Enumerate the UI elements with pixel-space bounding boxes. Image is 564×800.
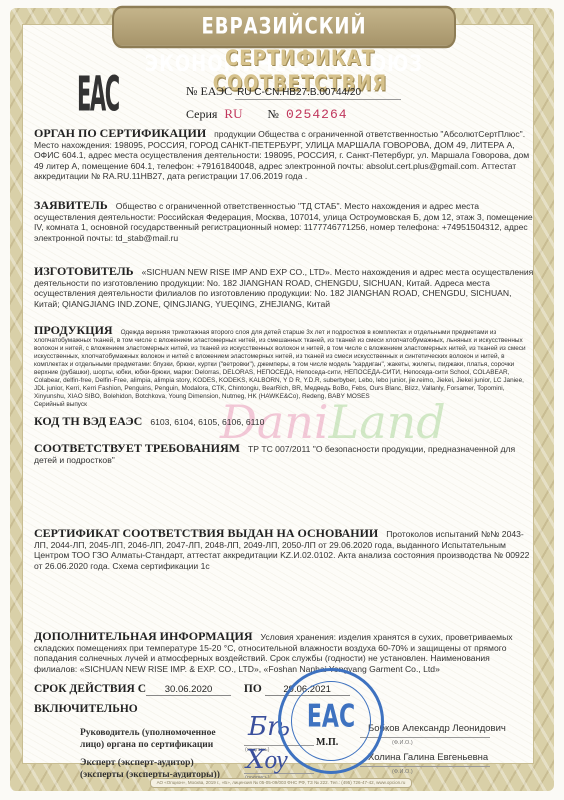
number-label: № ЕАЭС xyxy=(186,84,232,98)
section-heading: СООТВЕТСТВУЕТ ТРЕБОВАНИЯМ xyxy=(34,441,240,455)
section-heading: ИЗГОТОВИТЕЛЬ xyxy=(34,264,134,278)
head-name: Бобков Александр Леонидович xyxy=(368,723,506,734)
section-heading: ДОПОЛНИТЕЛЬНАЯ ИНФОРМАЦИЯ xyxy=(34,629,253,643)
serial-value: 0254264 xyxy=(286,107,348,122)
series-label: Серия xyxy=(186,107,217,121)
expert-name: Холина Галина Евгеньевна xyxy=(368,752,488,763)
head-fio-caption: (Ф.И.О.) xyxy=(392,740,413,746)
section-applicant: ЗАЯВИТЕЛЬОбщество с ограниченной ответст… xyxy=(34,200,534,243)
section-heading: ОРГАН ПО СЕРТИФИКАЦИИ xyxy=(34,126,206,140)
printer-imprint: АО «Опцион», Москва, 2019 г., «Б», лицен… xyxy=(150,778,412,788)
section-tn-ved: КОД ТН ВЭД ЕАЭС6103, 6104, 6105, 6106, 6… xyxy=(34,416,534,428)
stamp-eac: ЕАС xyxy=(281,700,381,735)
section-manufacturer: ИЗГОТОВИТЕЛЬ«SICHUAN NEW RISE IMP AND EX… xyxy=(34,266,534,309)
eac-logo-icon: ЕАС xyxy=(77,68,119,124)
validity-from-date: 30.06.2020 xyxy=(146,684,231,696)
union-title: ЕВРАЗИЙСКИЙ ЭКОНОМИЧЕСКИЙ СОЮЗ xyxy=(112,6,456,49)
series-value: RU xyxy=(224,106,242,121)
section-heading: СЕРТИФИКАТ СООТВЕТСТВИЯ ВЫДАН НА ОСНОВАН… xyxy=(34,526,378,540)
section-requirements: СООТВЕТСТВУЕТ ТРЕБОВАНИЯМТР ТС 007/2011 … xyxy=(34,443,534,465)
expert-signature: Хѹ xyxy=(246,745,288,775)
certificate-number: № ЕАЭС RU C-CN.НВ27.В.00744/20 xyxy=(186,84,401,99)
serial-note: Серийный выпуск xyxy=(34,401,534,409)
section-product: ПРОДУКЦИЯОдежда верхняя трикотажная втор… xyxy=(34,326,534,409)
head-signatory-label: Руководитель (уполномоченное лицо) орган… xyxy=(80,727,230,751)
section-additional-info: ДОПОЛНИТЕЛЬНАЯ ИНФОРМАЦИЯУсловия хранени… xyxy=(34,631,534,674)
expert-name-line xyxy=(360,766,490,767)
expert-fio-caption: (Ф.И.О.) xyxy=(392,769,413,775)
section-text: Одежда верхняя трикотажная второго слоя … xyxy=(34,329,526,400)
section-certification-body: ОРГАН ПО СЕРТИФИКАЦИИпродукции Общества … xyxy=(34,128,534,182)
validity-from-label: СРОК ДЕЙСТВИЯ С xyxy=(34,683,146,695)
section-text: 6103, 6104, 6105, 6106, 6110 xyxy=(150,417,264,427)
validity-to-label: ПО xyxy=(244,683,262,695)
section-text: Общество с ограниченной ответственностью… xyxy=(34,201,533,243)
certificate-series: Серия RU № 0254264 xyxy=(186,106,348,122)
seal-label: М.П. xyxy=(316,737,338,748)
section-heading: КОД ТН ВЭД ЕАЭС xyxy=(34,414,142,428)
section-heading: ЗАЯВИТЕЛЬ xyxy=(34,198,108,212)
section-basis: СЕРТИФИКАТ СООТВЕТСТВИЯ ВЫДАН НА ОСНОВАН… xyxy=(34,528,534,571)
section-heading: ПРОДУКЦИЯ xyxy=(34,323,113,337)
number-value: RU C-CN.НВ27.В.00744/20 xyxy=(235,87,401,100)
serial-label: № xyxy=(267,107,278,121)
official-stamp-icon: ЕАС xyxy=(278,668,384,774)
